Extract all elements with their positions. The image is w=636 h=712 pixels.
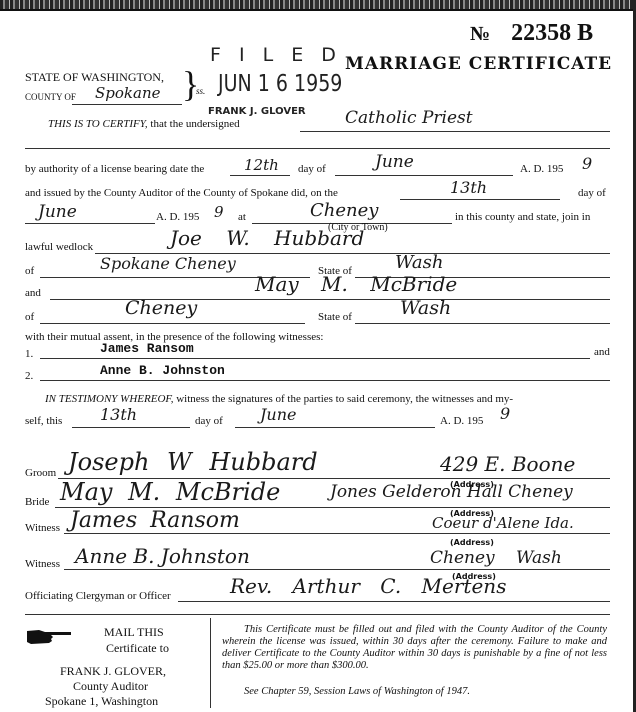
pointing-hand-icon: [25, 628, 73, 646]
issued-text: and issued by the County Auditor of the …: [25, 187, 338, 199]
number-label: №: [470, 23, 490, 45]
testimony-month: June: [260, 405, 297, 424]
filing-notice: This Certificate must be filled out and …: [222, 624, 607, 672]
footer-rule: [25, 614, 610, 615]
state-label: STATE OF WASHINGTON,: [25, 70, 164, 85]
filed-by: FRANK J. GLOVER: [208, 106, 306, 117]
ceremony-place: Cheney: [310, 200, 378, 221]
brace: }: [182, 66, 199, 102]
groom-name: Joe W. Hubbard: [170, 226, 364, 250]
county-value: Spokane: [95, 84, 160, 102]
officiant-line: [300, 131, 610, 132]
officiant-title: Catholic Priest: [345, 108, 473, 128]
witness-1-signature: James Ransom: [70, 508, 240, 533]
footer-divider: [210, 618, 211, 708]
bride-name: May M. McBride: [255, 272, 457, 296]
groom-address: 429 E. Boone: [440, 452, 575, 476]
top-rule: [0, 9, 636, 11]
auditor-title: County Auditor: [73, 679, 148, 694]
number-value: 22358 B: [511, 20, 593, 46]
filed-stamp: F I L E D: [210, 44, 342, 66]
certificate-number: № 22358 B: [470, 20, 593, 47]
groom-signature: Joseph W Hubbard: [68, 448, 318, 476]
ss-label: ss.: [196, 86, 205, 96]
witness-2-signature: Anne B. Johnston: [75, 544, 250, 568]
ceremony-year: 9: [214, 203, 224, 221]
county-line: [72, 104, 182, 105]
blank-line: [25, 148, 610, 149]
testimony-line: IN TESTIMONY WHEREOF, witness the signat…: [45, 393, 513, 405]
law-reference: See Chapter 59, Session Laws of Washingt…: [244, 686, 470, 697]
license-month: June: [375, 152, 414, 172]
auditor-name: FRANK J. GLOVER,: [60, 664, 166, 679]
mail-line-1: MAIL THIS: [104, 625, 164, 640]
bride-residence: Cheney: [125, 297, 197, 319]
witness-1-name: James Ransom: [100, 341, 194, 356]
witness-2-address: Cheney Wash: [430, 548, 562, 568]
county-label: COUNTY OF: [25, 92, 76, 102]
bride-signature: May M. McBride: [60, 478, 280, 506]
auditor-city: Spokane 1, Washington: [45, 694, 158, 709]
bride-address: Jones Gelderon Hall Cheney: [330, 482, 573, 502]
certify-line: THIS IS TO CERTIFY, that the undersigned: [48, 118, 240, 130]
certificate-title: MARRIAGE CERTIFICATE: [345, 54, 612, 74]
ceremony-month: June: [38, 202, 77, 222]
filed-date: JUN 1 6 1959: [218, 71, 342, 97]
groom-state: Wash: [395, 252, 444, 273]
testimony-year: 9: [500, 404, 510, 423]
mail-line-2: Certificate to: [106, 641, 169, 656]
witness-2-name: Anne B. Johnston: [100, 363, 225, 378]
testimony-day: 13th: [100, 405, 137, 424]
license-year: 9: [582, 154, 592, 173]
authority-text: by authority of a license bearing date t…: [25, 163, 204, 175]
witness-1-address: Coeur d'Alene Ida.: [432, 514, 574, 532]
groom-residence: Spokane Cheney: [100, 254, 236, 273]
scan-edge-top: [0, 0, 636, 9]
ceremony-day: 13th: [450, 178, 487, 197]
bride-state: Wash: [400, 297, 451, 319]
license-day: 12th: [244, 156, 279, 174]
officiant-signature: Rev. Arthur C. Mertens: [230, 574, 506, 598]
